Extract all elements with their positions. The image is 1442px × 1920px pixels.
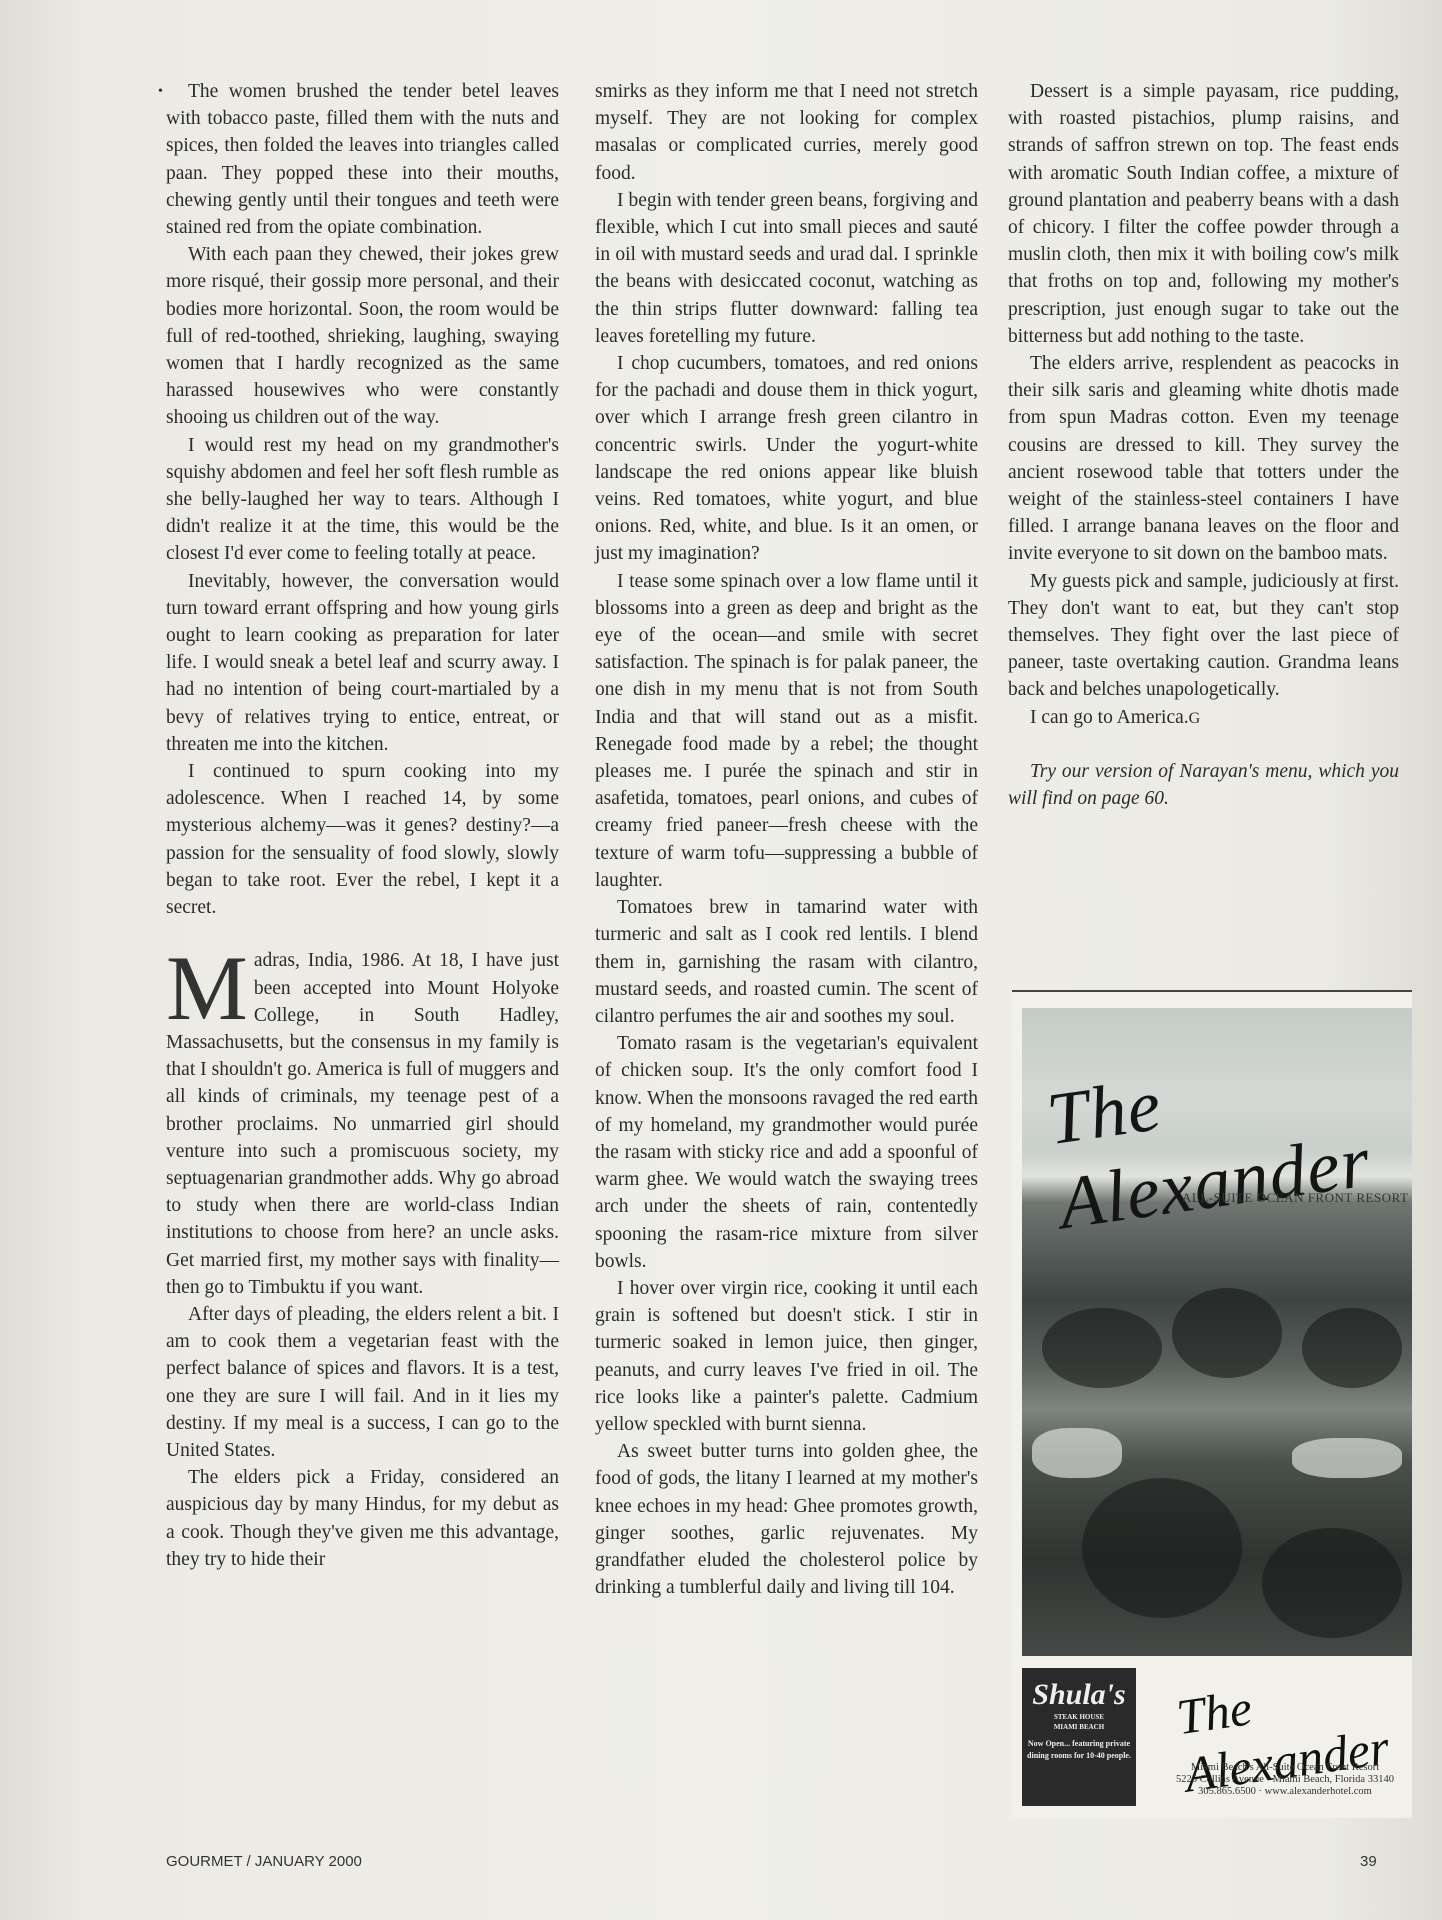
resort-aerial-photo: The Alexander ALL-SUITE OCEAN FRONT RESO… [1022, 1008, 1412, 1656]
closing-paragraph: I can go to America.G [1008, 704, 1399, 732]
paragraph: The women brushed the tender betel leave… [166, 78, 559, 241]
column-3: Dessert is a simple payasam, rice puddin… [1008, 78, 1399, 812]
paragraph: I continued to spurn cooking into my ado… [166, 758, 559, 921]
paragraph: I hover over virgin rice, cooking it unt… [595, 1275, 978, 1438]
paragraph: I chop cucumbers, tomatoes, and red onio… [595, 350, 978, 568]
page-number: 39 [1360, 1853, 1377, 1870]
recipe-note: Try our version of Narayan's menu, which… [1008, 758, 1399, 812]
paragraph: With each paan they chewed, their jokes … [166, 241, 559, 431]
column-1: • The women brushed the tender betel lea… [166, 78, 559, 1573]
paragraph: The elders pick a Friday, considered an … [166, 1464, 559, 1573]
ad-title-script: The Alexander [1042, 1029, 1412, 1247]
paragraph: Tomato rasam is the vegetarian's equival… [595, 1030, 978, 1275]
magazine-page: • The women brushed the tender betel lea… [0, 0, 1442, 1920]
column-2: smirks as they inform me that I need not… [595, 78, 978, 1601]
paragraph: After days of pleading, the elders relen… [166, 1301, 559, 1464]
paragraph: I tease some spinach over a low flame un… [595, 568, 978, 894]
shulas-box: Shula's STEAK HOUSE MIAMI BEACH Now Open… [1022, 1668, 1136, 1806]
folio-left: GOURMET / JANUARY 2000 [166, 1853, 362, 1870]
bullet-mark: • [158, 78, 163, 105]
paragraph: Dessert is a simple payasam, rice puddin… [1008, 78, 1399, 350]
ad-contact-info: Miami Beach's All-Suite Ocean Front Reso… [1150, 1762, 1420, 1798]
paragraph: Tomatoes brew in tamarind water with tur… [595, 894, 978, 1030]
ad-subtitle: ALL-SUITE OCEAN FRONT RESORT [1182, 1190, 1408, 1206]
advertisement-alexander[interactable]: The Alexander ALL-SUITE OCEAN FRONT RESO… [1012, 990, 1412, 1818]
end-mark-icon: G [1189, 710, 1201, 727]
paragraph: smirks as they inform me that I need not… [595, 78, 978, 187]
paragraph: I begin with tender green beans, forgivi… [595, 187, 978, 350]
paragraph: My guests pick and sample, judiciously a… [1008, 568, 1399, 704]
shulas-logo: Shula's [1022, 1678, 1136, 1712]
paragraph: As sweet butter turns into golden ghee, … [595, 1438, 978, 1601]
paragraph: The elders arrive, resplendent as peacoc… [1008, 350, 1399, 568]
paragraph: Inevitably, however, the conversation wo… [166, 568, 559, 758]
paragraph: I would rest my head on my grandmother's… [166, 432, 559, 568]
drop-cap: M [166, 953, 248, 1023]
section-opening: Madras, India, 1986. At 18, I have just … [166, 947, 559, 1301]
